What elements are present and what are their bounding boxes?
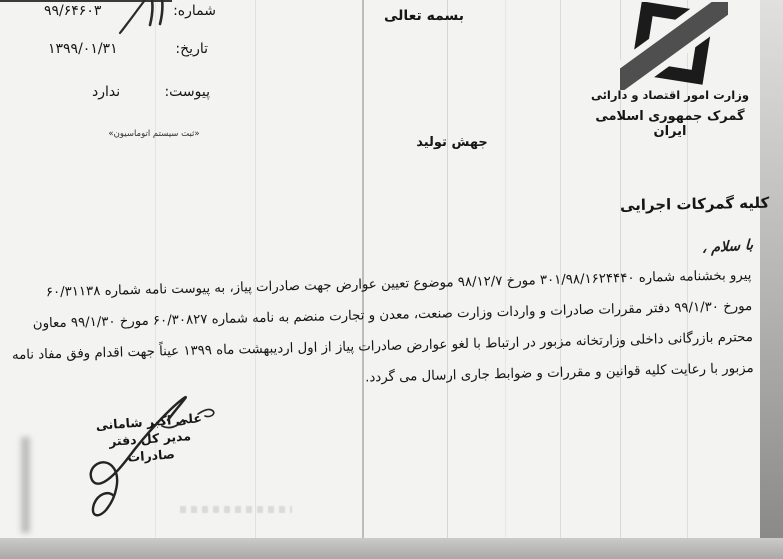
ministry-name: وزارت امور اقتصاد و دارائی: [585, 88, 755, 102]
salutation-handwritten: با سلام ،: [702, 237, 754, 257]
scan-fold-line: [255, 0, 256, 540]
letter-number-label: شماره:: [173, 3, 216, 19]
handwritten-signature: [50, 386, 230, 540]
letter-date-value: ۱۳۹۹/۰۱/۳۱: [48, 41, 118, 57]
automation-note: «ثبت سیستم اتوماسیون»: [98, 129, 210, 139]
recipient-line: کلیه گمرکات اجرایی: [620, 194, 770, 215]
letter-date-row: تاریخ: ۱۳۹۹/۰۱/۳۱: [48, 41, 208, 57]
attachment-row: پیوست: ندارد: [92, 84, 210, 100]
attachment-value: ندارد: [92, 84, 120, 100]
letter-number-value: ۹۹/۶۴۶۰۳: [44, 3, 101, 19]
attachment-label: پیوست:: [164, 84, 210, 100]
scan-edge-shadow-right: [760, 0, 783, 559]
letter-date-label: تاریخ:: [175, 41, 208, 57]
letter-body: پیرو بخشنامه شماره ۳۰۱/۹۸/۱۶۲۴۴۴۰ مورخ ۹…: [59, 260, 754, 401]
organization-name: گمرک جمهوری اسلامی ایران: [577, 109, 763, 139]
customs-logo: [620, 2, 728, 94]
year-slogan: جهش تولید: [404, 135, 500, 150]
scan-smudge: [21, 437, 30, 533]
handwritten-registry-mark: [112, 0, 174, 39]
bismillah-text: بسمه تعالی: [368, 8, 480, 24]
scan-edge-shadow-bottom: [0, 538, 783, 559]
customs-logo-icon: [620, 2, 728, 90]
scanned-letter-page: وزارت امور اقتصاد و دارائی گمرک جمهوری ا…: [0, 0, 783, 559]
